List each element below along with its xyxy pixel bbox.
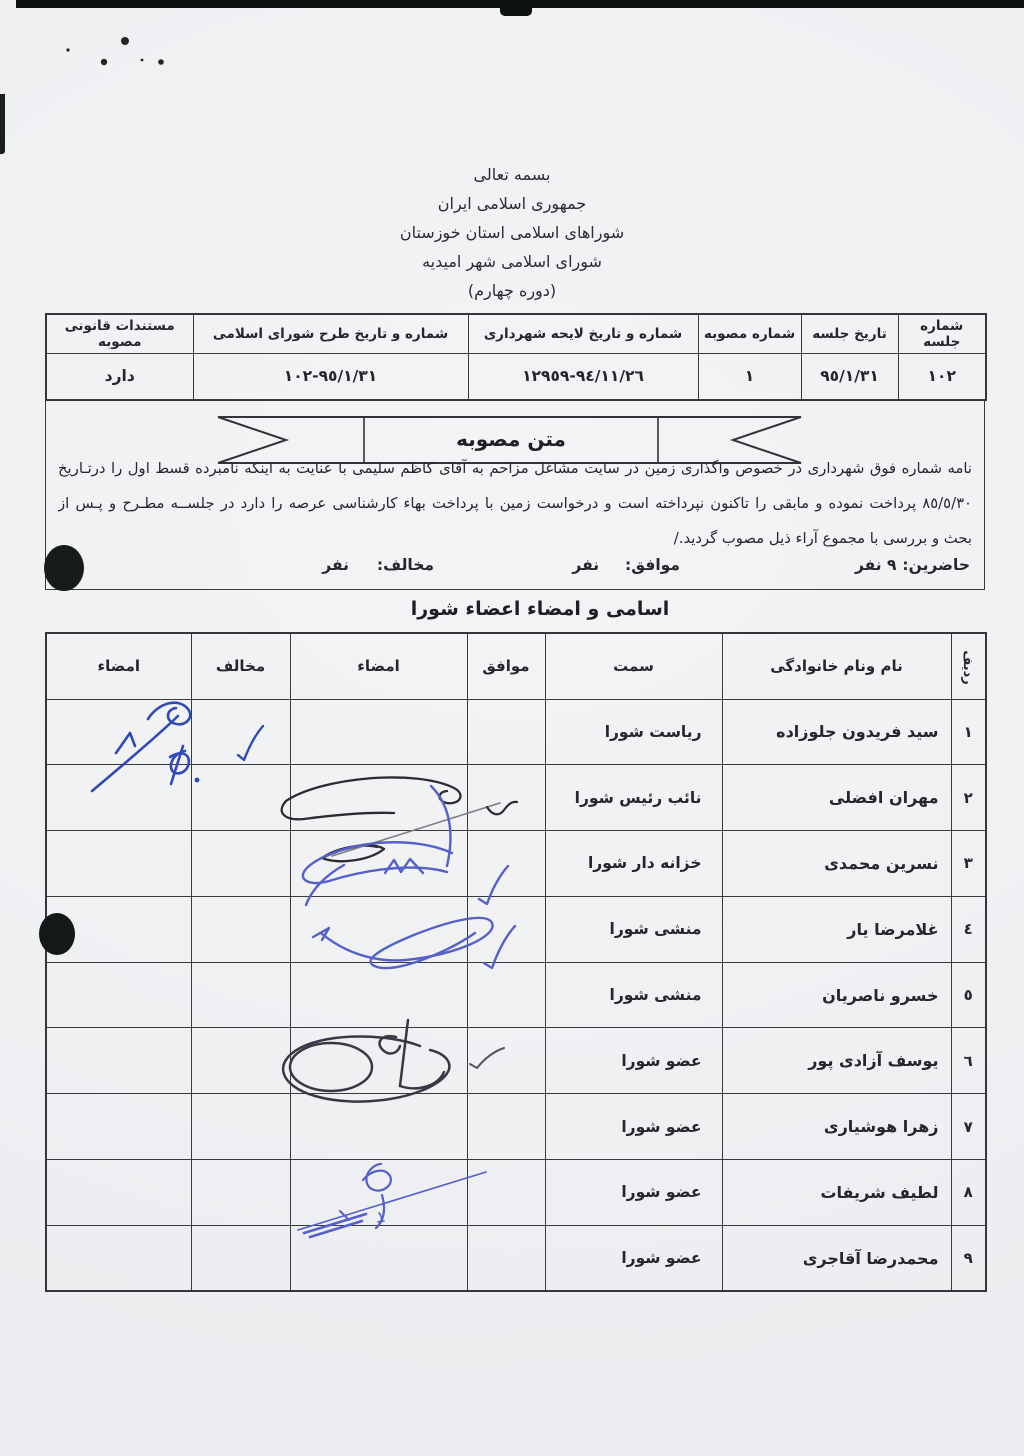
- member-no: ٣: [951, 831, 986, 897]
- member-row-2: ٢ مهران افضلی نائب رئیس شورا: [46, 765, 986, 831]
- resolution-body-line-1: نامه شماره فوق شهرداری در خصوص واگذاری ز…: [58, 457, 972, 481]
- letterhead-bismillah: بسمه تعالی: [0, 160, 1024, 189]
- agree-cell: [467, 699, 545, 765]
- member-role: عضو شورا: [545, 1160, 722, 1226]
- meta-municipality-bill-header: شماره و تاریخ لایحه شهرداری: [468, 314, 698, 353]
- agree-sign-cell: [290, 1225, 467, 1291]
- ink-dots: [66, 37, 163, 65]
- oppose-sign-cell: [46, 831, 191, 897]
- oppose-cell: [191, 1160, 290, 1226]
- meta-session-date-header: تاریخ جلسه: [801, 314, 898, 353]
- member-name: یوسف آزادی پور: [722, 1028, 951, 1094]
- members-agree-header: موافق: [467, 633, 545, 699]
- member-no: ٥: [951, 962, 986, 1028]
- member-name: محمدرضا آقاجری: [722, 1225, 951, 1291]
- oppose-sign-cell: [46, 896, 191, 962]
- member-name: لطیف شریفات: [722, 1160, 951, 1226]
- member-no: ٢: [951, 765, 986, 831]
- member-no: ٧: [951, 1094, 986, 1160]
- agree-sign-cell: [290, 765, 467, 831]
- agree-sign-cell: [290, 831, 467, 897]
- meta-council-plan-value: ٩٥/١/٣١-١٠٢: [193, 353, 468, 400]
- letterhead-city-council: شورای اسلامی شهر امیدیه: [0, 247, 1024, 276]
- members-row-no-header: ردیف: [951, 633, 986, 699]
- members-sign-agree-header: امضاء: [290, 633, 467, 699]
- agree-cell: [467, 831, 545, 897]
- members-name-header: نام ونام خانوادگی: [722, 633, 951, 699]
- scan-edge-notch: [500, 8, 532, 16]
- oppose-cell: [191, 896, 290, 962]
- member-role: منشی شورا: [545, 896, 722, 962]
- agree-cell: [467, 896, 545, 962]
- member-name: نسرین محمدی: [722, 831, 951, 897]
- agree-cell: [467, 1094, 545, 1160]
- member-no: ٤: [951, 896, 986, 962]
- oppose-sign-cell: [46, 1028, 191, 1094]
- member-row-5: ٥ خسرو ناصریان منشی شورا: [46, 962, 986, 1028]
- agree-sign-cell: [290, 962, 467, 1028]
- member-role: نائب رئیس شورا: [545, 765, 722, 831]
- member-no: ٩: [951, 1225, 986, 1291]
- members-sign-oppose-header: امضاء: [46, 633, 191, 699]
- meta-session-date-value: ٩٥/١/٣١: [801, 353, 898, 400]
- member-name: خسرو ناصریان: [722, 962, 951, 1028]
- oppose-cell: [191, 1225, 290, 1291]
- meta-municipality-bill-value: ٩٤/١١/٢٦-١٢٩٥٩: [468, 353, 698, 400]
- agree-sign-cell: [290, 699, 467, 765]
- resolution-meta-table: شماره جلسه تاریخ جلسه شماره مصوبه شماره …: [45, 313, 987, 401]
- letterhead-term: (دوره چهارم): [0, 276, 1024, 305]
- meta-session-no-value: ١٠٢: [898, 353, 986, 400]
- member-row-3: ٣ نسرین محمدی خزانه دار شورا: [46, 831, 986, 897]
- letterhead-province-councils: شوراهای اسلامی استان خوزستان: [0, 218, 1024, 247]
- member-role: منشی شورا: [545, 962, 722, 1028]
- member-name: زهرا هوشیاری: [722, 1094, 951, 1160]
- scan-edge-top: [16, 0, 1024, 8]
- agree-cell: [467, 1225, 545, 1291]
- oppose-sign-cell: [46, 699, 191, 765]
- member-name: سید فریدون جلوزاده: [722, 699, 951, 765]
- oppose-cell: [191, 1028, 290, 1094]
- member-role: عضو شورا: [545, 1028, 722, 1094]
- member-no: ٦: [951, 1028, 986, 1094]
- oppose-cell: [191, 1094, 290, 1160]
- members-oppose-header: مخالف: [191, 633, 290, 699]
- meta-legal-docs-header: مستندات قانونی مصوبه: [46, 314, 193, 353]
- member-no: ٨: [951, 1160, 986, 1226]
- agree-cell: [467, 962, 545, 1028]
- resolution-body-line-3: بحث و بررسی با مجموع آراء ذیل مصوب گردید…: [58, 527, 972, 551]
- oppose-cell: [191, 962, 290, 1028]
- agree-sign-cell: [290, 1028, 467, 1094]
- oppose-cell: [191, 699, 290, 765]
- member-row-7: ٧ زهرا هوشیاری عضو شورا: [46, 1094, 986, 1160]
- meta-resolution-no-header: شماره مصوبه: [698, 314, 801, 353]
- meta-value-row: ١٠٢ ٩٥/١/٣١ ١ ٩٤/١١/٢٦-١٢٩٥٩ ٩٥/١/٣١-١٠٢…: [46, 353, 986, 400]
- oppose-sign-cell: [46, 1160, 191, 1226]
- member-name: مهران افضلی: [722, 765, 951, 831]
- agree-sign-cell: [290, 1160, 467, 1226]
- member-role: خزانه دار شورا: [545, 831, 722, 897]
- member-name: غلامرضا یار: [722, 896, 951, 962]
- oppose-sign-cell: [46, 765, 191, 831]
- member-no: ١: [951, 699, 986, 765]
- attendance-oppose: مخالف:نفر: [322, 556, 434, 574]
- agree-sign-cell: [290, 896, 467, 962]
- agree-cell: [467, 765, 545, 831]
- meta-council-plan-header: شماره و تاریخ طرح شورای اسلامی: [193, 314, 468, 353]
- oppose-sign-cell: [46, 962, 191, 1028]
- attendance-agree: موافق:نفر: [572, 556, 680, 574]
- members-header-row: ردیف نام ونام خانوادگی سمت موافق امضاء م…: [46, 633, 986, 699]
- agree-cell: [467, 1160, 545, 1226]
- meta-session-no-header: شماره جلسه: [898, 314, 986, 353]
- meta-legal-docs-value: دارد: [46, 353, 193, 400]
- members-role-header: سمت: [545, 633, 722, 699]
- members-signature-table: ردیف نام ونام خانوادگی سمت موافق امضاء م…: [45, 632, 987, 1292]
- member-role: ریاست شورا: [545, 699, 722, 765]
- member-role: عضو شورا: [545, 1225, 722, 1291]
- letterhead-republic: جمهوری اسلامی ایران: [0, 189, 1024, 218]
- agree-sign-cell: [290, 1094, 467, 1160]
- member-row-9: ٩ محمدرضا آقاجری عضو شورا: [46, 1225, 986, 1291]
- oppose-sign-cell: [46, 1225, 191, 1291]
- oppose-sign-cell: [46, 1094, 191, 1160]
- letterhead: بسمه تعالی جمهوری اسلامی ایران شوراهای ا…: [0, 160, 1024, 305]
- member-role: عضو شورا: [545, 1094, 722, 1160]
- oppose-cell: [191, 831, 290, 897]
- meta-header-row: شماره جلسه تاریخ جلسه شماره مصوبه شماره …: [46, 314, 986, 353]
- oppose-cell: [191, 765, 290, 831]
- resolution-body-line-2: ٨٥/٥/٣٠ پرداخت نموده و مابقی را تاکنون ن…: [58, 492, 972, 516]
- attendance-line: حاضرین:٩ نفر موافق:نفر مخالف:نفر: [54, 556, 976, 586]
- member-row-8: ٨ لطیف شریفات عضو شورا: [46, 1160, 986, 1226]
- member-row-1: ١ سید فریدون جلوزاده ریاست شورا: [46, 699, 986, 765]
- scanned-council-resolution-page: بسمه تعالی جمهوری اسلامی ایران شوراهای ا…: [0, 0, 1024, 1456]
- member-row-6: ٦ یوسف آزادی پور عضو شورا: [46, 1028, 986, 1094]
- resolution-text-section: متن مصوبه نامه شماره فوق شهرداری در خصوص…: [45, 399, 985, 590]
- attendance-present: حاضرین:٩ نفر: [855, 556, 970, 574]
- members-section-title: اسامی و امضاء اعضاء شورا: [0, 598, 1024, 620]
- scan-edge-left: [0, 94, 5, 154]
- agree-cell: [467, 1028, 545, 1094]
- meta-resolution-no-value: ١: [698, 353, 801, 400]
- member-row-4: ٤ غلامرضا یار منشی شورا: [46, 896, 986, 962]
